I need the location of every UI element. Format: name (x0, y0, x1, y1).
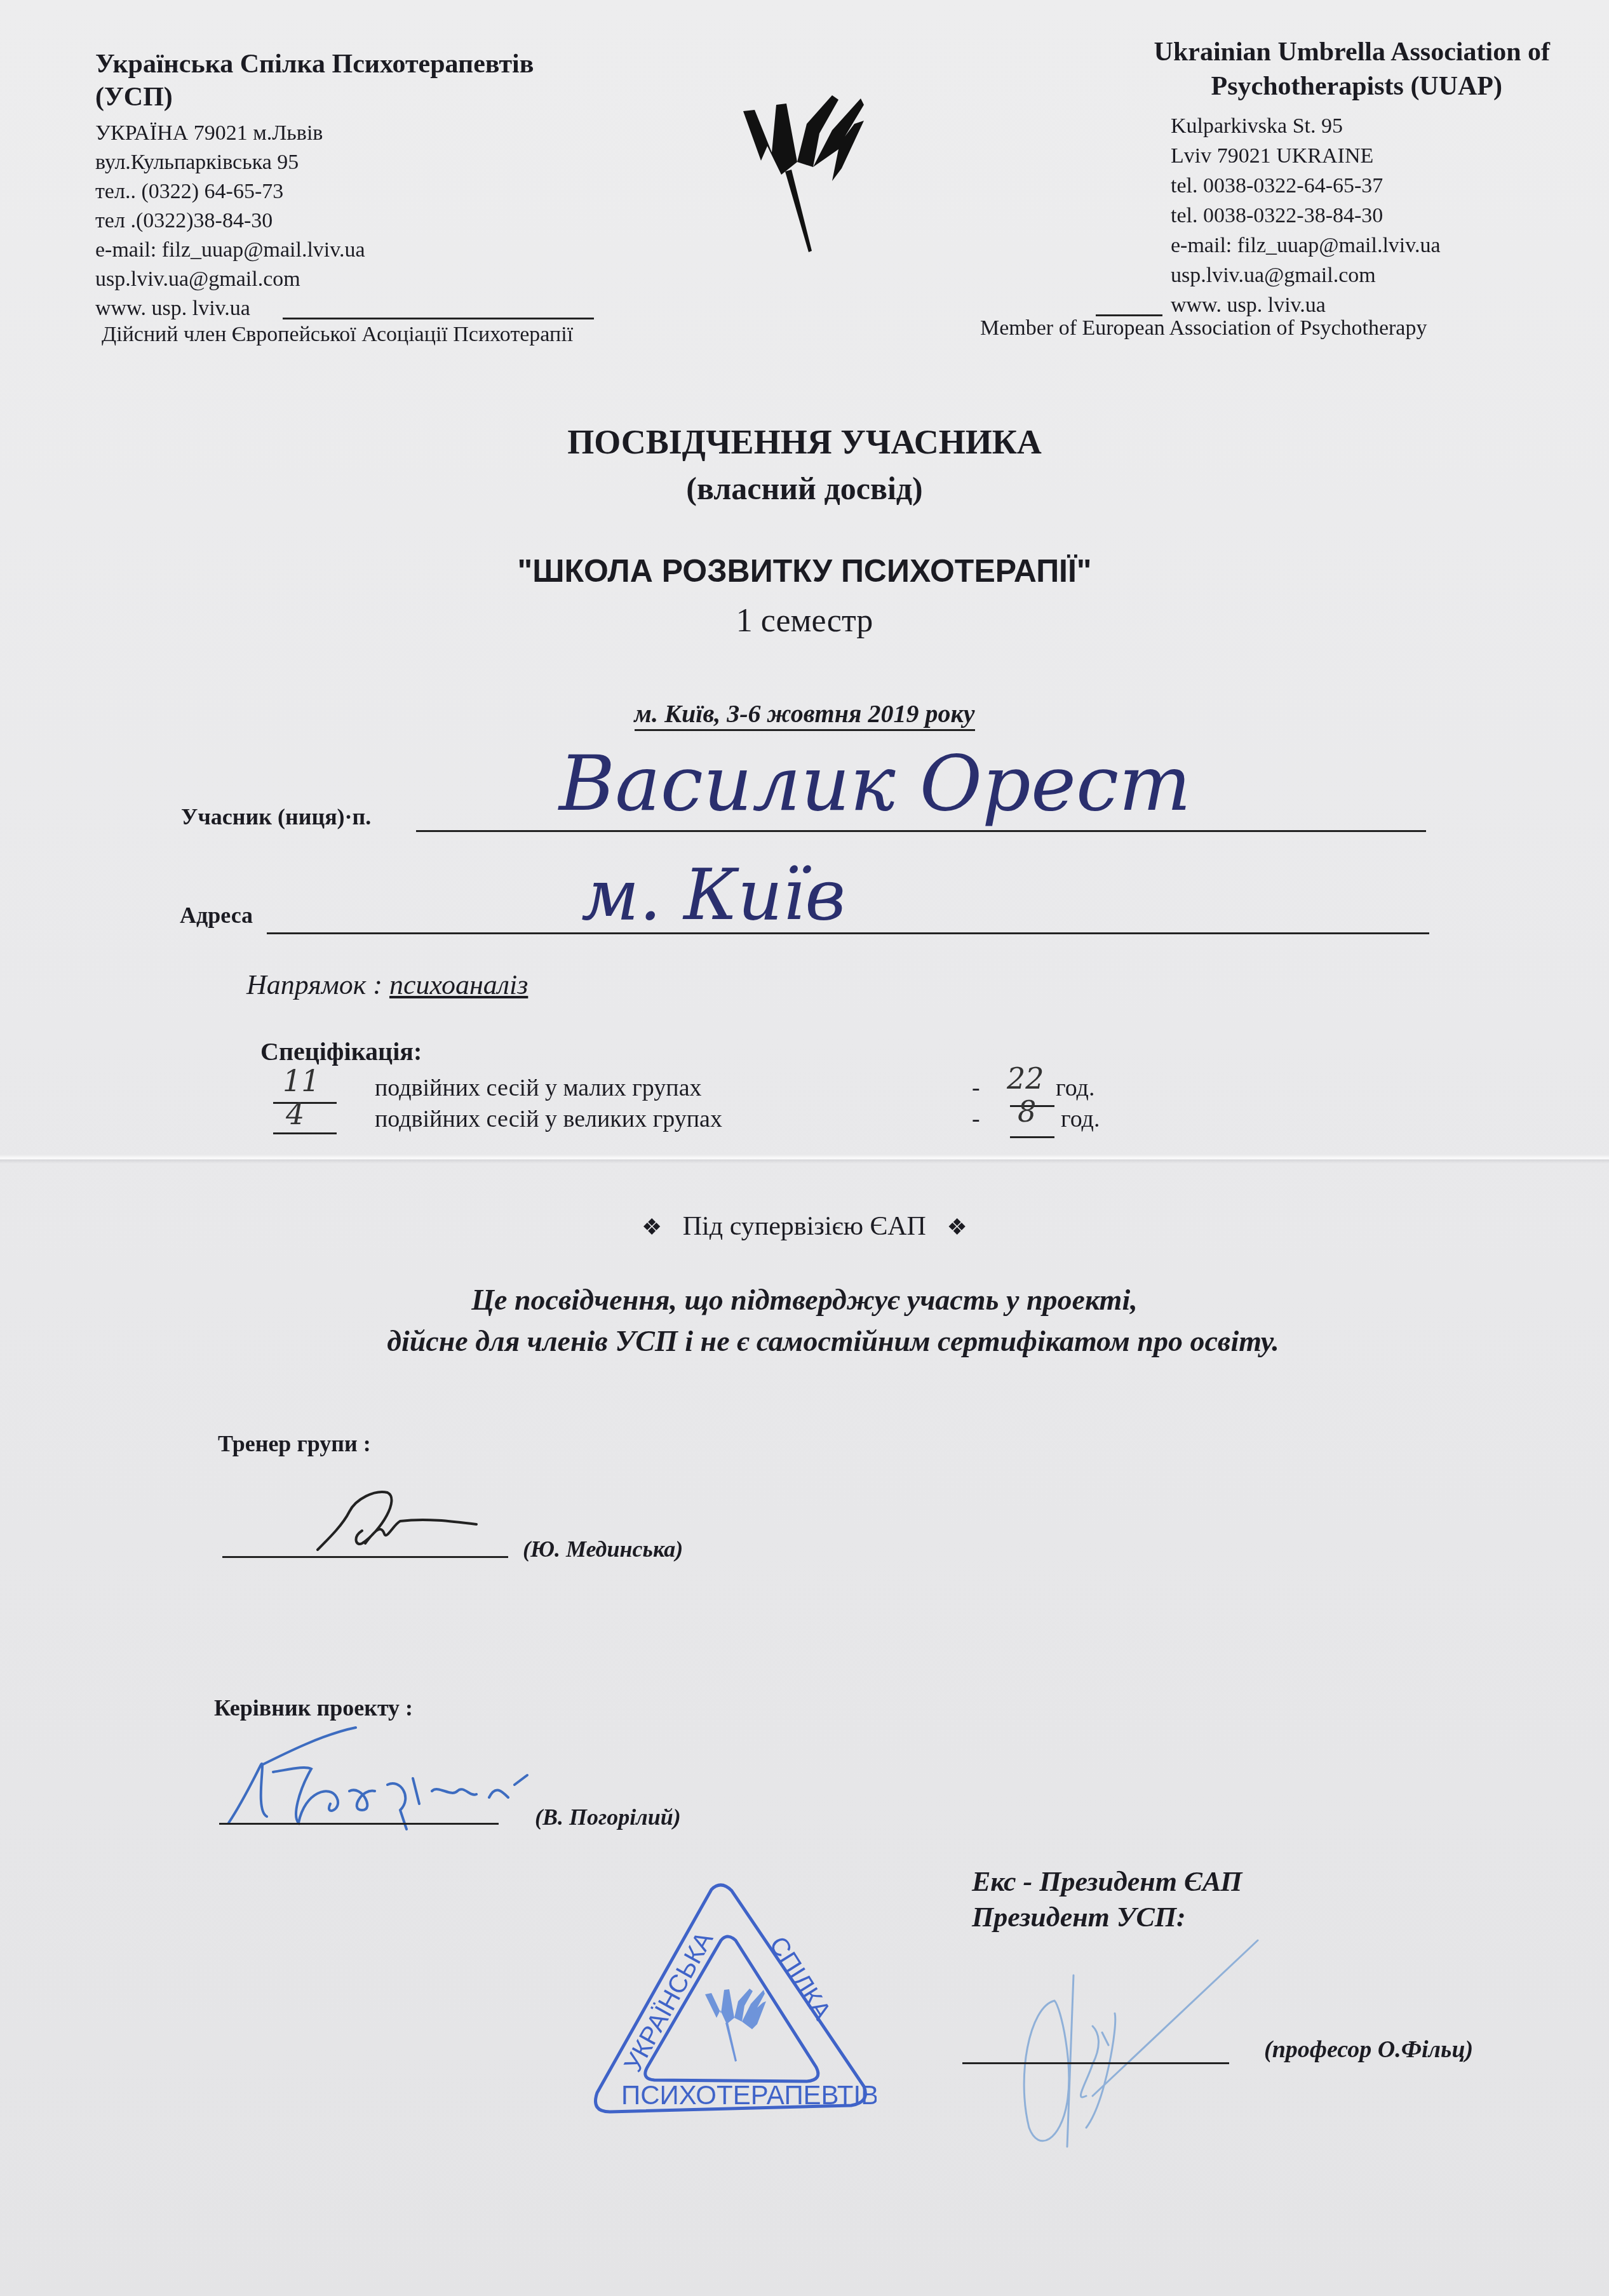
spec-hours-line (1010, 1136, 1054, 1138)
diamond-ornament-icon: ❖ (946, 1214, 967, 1240)
president-title-line-2: Президент УСП: (972, 1900, 1242, 1935)
manager-signature-line (219, 1823, 499, 1825)
phone-line: тел.. (0322) 64-65-73 (95, 177, 667, 206)
notice-line-2: дійсне для членів УСП і не є самостійним… (0, 1324, 1609, 1358)
membership-ua: Дійсний член Європейської Асоціації Псих… (102, 323, 573, 347)
trainer-signature-line (222, 1556, 508, 1558)
spec-count-line (273, 1132, 337, 1134)
email-line: usp.lviv.ua@gmail.com (95, 265, 667, 294)
org-name-en: Ukrainian Umbrella Association of (978, 35, 1550, 69)
header-left-block: Українська Спілка Психотерапевтів (УСП) … (95, 48, 667, 323)
spec-description: подвійних сесій у малих групах (375, 1074, 702, 1102)
address-line: Lviv 79021 UKRAINE (1171, 141, 1441, 171)
address-line: вул.Кульпарківська 95 (95, 148, 667, 177)
spec-dash: - (972, 1105, 980, 1133)
phone-line: тел .(0322)38-84-30 (95, 206, 667, 236)
president-title: Екс - Президент ЄАП Президент УСП: (972, 1864, 1242, 1935)
document-subtitle: (власний досвід) (0, 470, 1609, 507)
participant-line (416, 830, 1426, 832)
phone-line: tel. 0038-0322-38-84-30 (1171, 201, 1441, 231)
supervision-text: Під супервізією ЄАП (683, 1212, 926, 1241)
spec-dash: - (972, 1074, 980, 1102)
stamp-left-text: УКРАЇНСЬКА (619, 1927, 718, 2076)
spec-count: 11 (283, 1064, 320, 1098)
diamond-ornament-icon: ❖ (642, 1214, 662, 1240)
place-date-text: м. Київ, 3-6 жовтня 2019 року (635, 699, 975, 731)
president-signature-line (962, 2062, 1229, 2064)
supervision-line: ❖ Під супервізією ЄАП ❖ (642, 1211, 967, 1242)
president-name: (професор О.Фільц) (1264, 2036, 1473, 2064)
spec-unit: год. (1061, 1105, 1100, 1133)
semester: 1 семестр (0, 602, 1609, 640)
website-line: www. usp. lviv.ua (1171, 290, 1441, 320)
direction-value: психоаналіз (389, 969, 528, 1000)
phone-line: tel. 0038-0322-64-65-37 (1171, 171, 1441, 201)
manager-name: (В. Погорілий) (535, 1804, 681, 1830)
org-abbr-ua: (УСП) (95, 81, 667, 114)
spec-description: подвійних сесій у великих групах (375, 1105, 722, 1133)
president-signature-icon (991, 1937, 1270, 2153)
membership-en: Member of European Association of Psycho… (980, 316, 1427, 340)
trainer-label: Тренер групи : (218, 1430, 371, 1457)
org-name-ua: Українська Спілка Психотерапевтів (95, 48, 667, 81)
president-title-line-1: Екс - Президент ЄАП (972, 1864, 1242, 1900)
document-title: ПОСВІДЧЕННЯ УЧАСНИКА (0, 422, 1609, 462)
address-line: УКРАЇНА 79021 м.Львів (95, 119, 667, 148)
trainer-signature-icon (305, 1486, 483, 1556)
usp-logo-icon (737, 86, 870, 257)
direction-row: Напрямок : психоаналіз (246, 969, 528, 1001)
organization-stamp: УКРАЇНСЬКА СПІЛКА ПСИХОТЕРАПЕВТІВ (584, 1877, 877, 2131)
participant-handwritten: Василик Орест (559, 740, 1191, 828)
spec-table: 11 подвійних сесій у малих групах - 22 г… (241, 1069, 1182, 1139)
trainer-name: (Ю. Мединська) (523, 1536, 683, 1562)
stamp-bottom-text: ПСИХОТЕРАПЕВТІВ (621, 2080, 877, 2110)
header-right-contacts: Kulparkivska St. 95 Lviv 79021 UKRAINE t… (1171, 111, 1441, 320)
spec-hours: 8 (1018, 1094, 1036, 1129)
stamp-right-text: СПІЛКА (764, 1931, 836, 2025)
paper-fold-crease (0, 1155, 1609, 1164)
address-handwritten: м. Київ (581, 854, 845, 936)
spec-hours: 22 (1007, 1061, 1044, 1096)
program-name: "ШКОЛА РОЗВИТКУ ПСИХОТЕРАПІЇ" (0, 553, 1609, 589)
org-abbr-en: Psychotherapists (UUAP) (978, 69, 1550, 104)
email-line: e-mail: filz_uuap@mail.lviv.ua (95, 236, 667, 265)
spec-row: 4 подвійних сесій у великих групах - 8 г… (241, 1103, 1182, 1138)
address-line (267, 932, 1429, 934)
spec-heading: Спеціфікація: (260, 1037, 422, 1066)
spec-row: 11 подвійних сесій у малих групах - 22 г… (241, 1069, 1182, 1103)
email-line: e-mail: filz_uuap@mail.lviv.ua (1171, 231, 1441, 260)
header-right-block: Ukrainian Umbrella Association of Psycho… (978, 35, 1550, 104)
address-label: Адреса (180, 902, 253, 929)
place-date: м. Київ, 3-6 жовтня 2019 року (0, 699, 1609, 728)
spec-unit: год. (1056, 1074, 1094, 1102)
email-line: usp.lviv.ua@gmail.com (1171, 260, 1441, 290)
participant-label: Учасник (ниця)·п. (181, 803, 371, 830)
header-rule-left (283, 318, 594, 319)
direction-label: Напрямок : (246, 969, 389, 1000)
manager-signature-icon (210, 1715, 578, 1836)
notice-line-1: Це посвідчення, що підтверджує участь у … (0, 1283, 1609, 1317)
address-line: Kulparkivska St. 95 (1171, 111, 1441, 141)
spec-count: 4 (286, 1097, 304, 1131)
